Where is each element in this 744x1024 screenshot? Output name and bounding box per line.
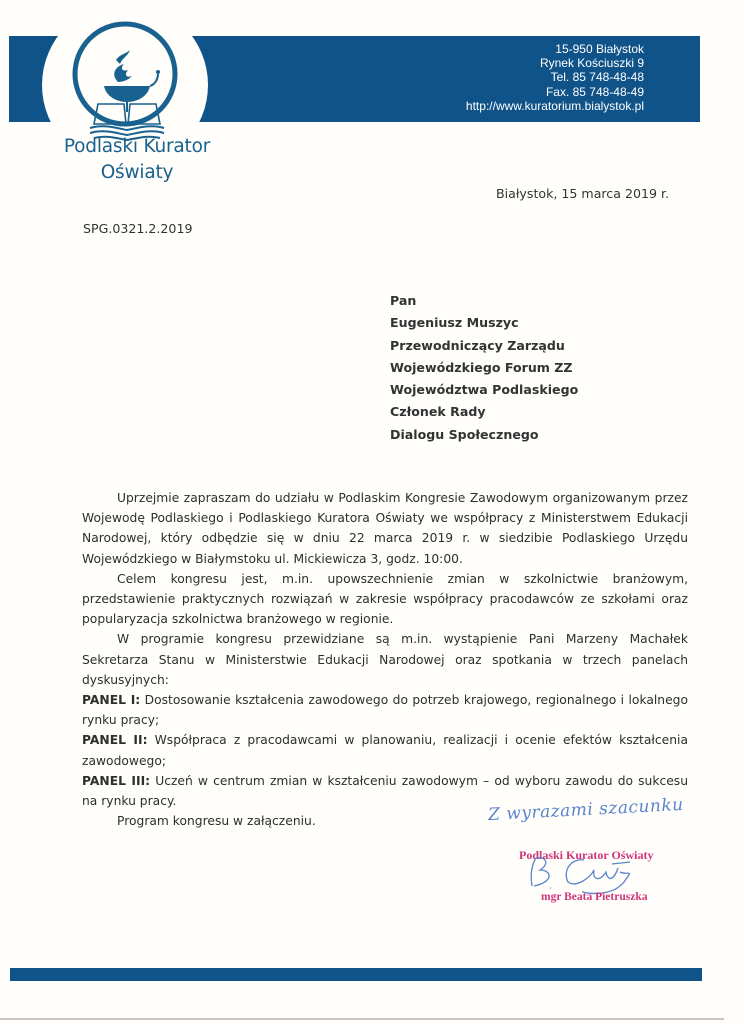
panel-label: PANEL I:: [82, 693, 140, 707]
organization-name-line2: Oświaty: [52, 160, 222, 186]
panel-item: PANEL II: Współpraca z pracodawcami w pl…: [82, 730, 688, 770]
contact-street: Rynek Kościuszki 9: [466, 56, 644, 70]
body-paragraph-purpose: Celem kongresu jest, m.in. upowszechnien…: [82, 569, 688, 630]
organization-name-line1: Podlaski Kurator: [52, 134, 222, 160]
panel-text: Współpraca z pracodawcami w planowaniu, …: [82, 733, 688, 767]
oil-lamp-on-open-book-icon: [54, 20, 196, 150]
recipient-line: Dialogu Społecznego: [390, 424, 578, 446]
contact-fax: Fax. 85 748-48-49: [466, 85, 644, 99]
panel-label: PANEL II:: [82, 733, 148, 747]
organization-name: Podlaski Kurator Oświaty: [52, 134, 222, 186]
contact-phone: Tel. 85 748-48-48: [466, 70, 644, 84]
recipient-line: Wojewódzkiego Forum ZZ: [390, 357, 578, 379]
panel-item: PANEL I: Dostosowanie kształcenia zawodo…: [82, 690, 688, 730]
stamp-name: mgr Beata Pietruszka: [541, 891, 647, 903]
place-and-date: Białystok, 15 marca 2019 r.: [496, 186, 669, 201]
recipient-line: Członek Rady: [390, 401, 578, 423]
panel-label: PANEL III:: [82, 774, 150, 788]
recipient-line: Pan: [390, 290, 578, 312]
page-edge: [0, 1018, 724, 1020]
body-paragraph-program: W programie kongresu przewidziane są m.i…: [82, 629, 688, 690]
recipient-address: Pan Eugeniusz Muszyc Przewodniczący Zarz…: [390, 290, 578, 446]
body-paragraph-invitation: Uprzejmie zapraszam do udziału w Podlask…: [82, 488, 688, 569]
footer-bar: [10, 968, 702, 981]
reference-number: SPG.0321.2.2019: [83, 221, 192, 236]
contact-website: http://www.kuratorium.bialystok.pl: [466, 99, 644, 113]
panel-text: Dostosowanie kształcenia zawodowego do p…: [82, 693, 688, 727]
recipient-line: Eugeniusz Muszyc: [390, 312, 578, 334]
contact-block: 15-950 Białystok Rynek Kościuszki 9 Tel.…: [466, 42, 644, 113]
contact-postal: 15-950 Białystok: [466, 42, 644, 56]
recipient-line: Przewodniczący Zarządu: [390, 335, 578, 357]
letter-body: Uprzejmie zapraszam do udziału w Podlask…: [82, 488, 688, 831]
recipient-line: Województwa Podlaskiego: [390, 379, 578, 401]
